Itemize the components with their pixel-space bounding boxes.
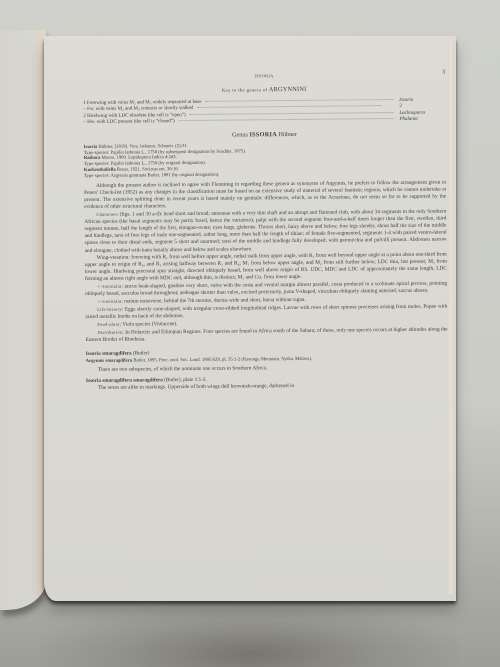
previous-page-curl [0, 30, 46, 610]
subspecies-name: Issoria smaragdifera smaragdifera [86, 378, 163, 385]
synonym-citation: Moore, 1900. Lepidoptera Indica 4:243. [102, 156, 177, 162]
page-edge-top [44, 36, 456, 40]
characters-text: (figs. 1 and 30 a-d): head short and bro… [84, 209, 446, 254]
life-history-label: Life-history [97, 307, 122, 312]
key-heading: Key to the genera of ARGYNNINI [83, 85, 445, 96]
key-row-description: – Hw. with LDC present (the cell is “clo… [83, 118, 174, 126]
key-row-result: Phalanta [397, 116, 445, 124]
distribution-label: Distribution [97, 330, 122, 335]
characters-paragraph: Characters (figs. 1 and 30 a-d): head sh… [84, 208, 446, 255]
male-genitalia-text: : uncus beak-shaped, gnathos very short,… [85, 280, 447, 297]
intro-paragraph: Although the present author is inclined … [84, 180, 446, 212]
synonym-citation: Type-species: Papilio lathonia L., 1758 … [84, 161, 206, 167]
page-content: ISSORIA 3 Key to the genera of ARGYNNINI… [83, 71, 448, 393]
species-synonym-name: Argynnis smaragdifera [86, 359, 133, 364]
page-edge-right [448, 42, 454, 594]
book-shadow [40, 600, 460, 667]
dot-leader [190, 112, 394, 115]
venation-paragraph: Wing-venation: forewing with R₁ from wel… [85, 251, 447, 283]
food-plant-label: Food-plant [97, 322, 119, 327]
key-heading-prefix: Key to the genera of [222, 87, 268, 92]
synonymy-list: Issoria Hübner, [1819]. Verz. bekannt. S… [84, 141, 446, 180]
food-plant-text: : Viola species (Violaceae). [120, 321, 178, 328]
running-head: ISSORIA 3 [83, 71, 445, 86]
species-note: There are two subspecies, of which the n… [86, 364, 448, 375]
identification-key: 1 Forewing with veins M₂ and M₃ widely s… [83, 97, 445, 126]
synonym-name: Issoria [84, 145, 98, 150]
synonym-citation: Reuss, 1921. Societas ent. 36:16. [117, 167, 179, 173]
synonym-citation: Type-species: Papilio lathonia L., 1758 … [84, 149, 246, 156]
page-number: 3 [442, 70, 445, 77]
species-author: (Butler) [133, 351, 149, 357]
female-genitalia-label: ♀-Genitalia [97, 298, 121, 303]
dot-leader [197, 106, 381, 109]
species-synonym-citation: Butler, 1895. Proc. zool. Soc. Lond. 189… [133, 357, 312, 364]
genus-heading: Genus ISSORIA Hübner [84, 129, 446, 140]
dot-leader [179, 118, 394, 121]
synonym-name: Rathora [84, 156, 101, 161]
distribution-text: : In Holarctic and Ethiopian Regions. Fo… [86, 327, 448, 344]
key-heading-tribe: ARGYNNINI [269, 86, 307, 93]
subspecies-author: (Butler), plate 1:1-2. [164, 377, 207, 383]
dot-leader [205, 99, 393, 102]
synonym-name: Kuekenthaliella [84, 168, 116, 173]
genus-prefix: Genus [232, 131, 248, 138]
species-name: Issoria smaragdifera [86, 351, 132, 357]
characters-label: Characters [96, 212, 118, 217]
synonym-citation: Hübner, [1819]. Verz. bekannt. Schmett. … [98, 144, 187, 150]
synonym-citation: Type-species: Argynnis gemmata Butler, 1… [84, 173, 219, 179]
genus-author: Hübner [279, 131, 298, 138]
genus-name: ISSORIA [249, 131, 277, 138]
distribution-paragraph: Distribution: In Holarctic and Ethiopian… [85, 326, 447, 345]
male-genitalia-label: ♂-Genitalia [97, 283, 121, 288]
